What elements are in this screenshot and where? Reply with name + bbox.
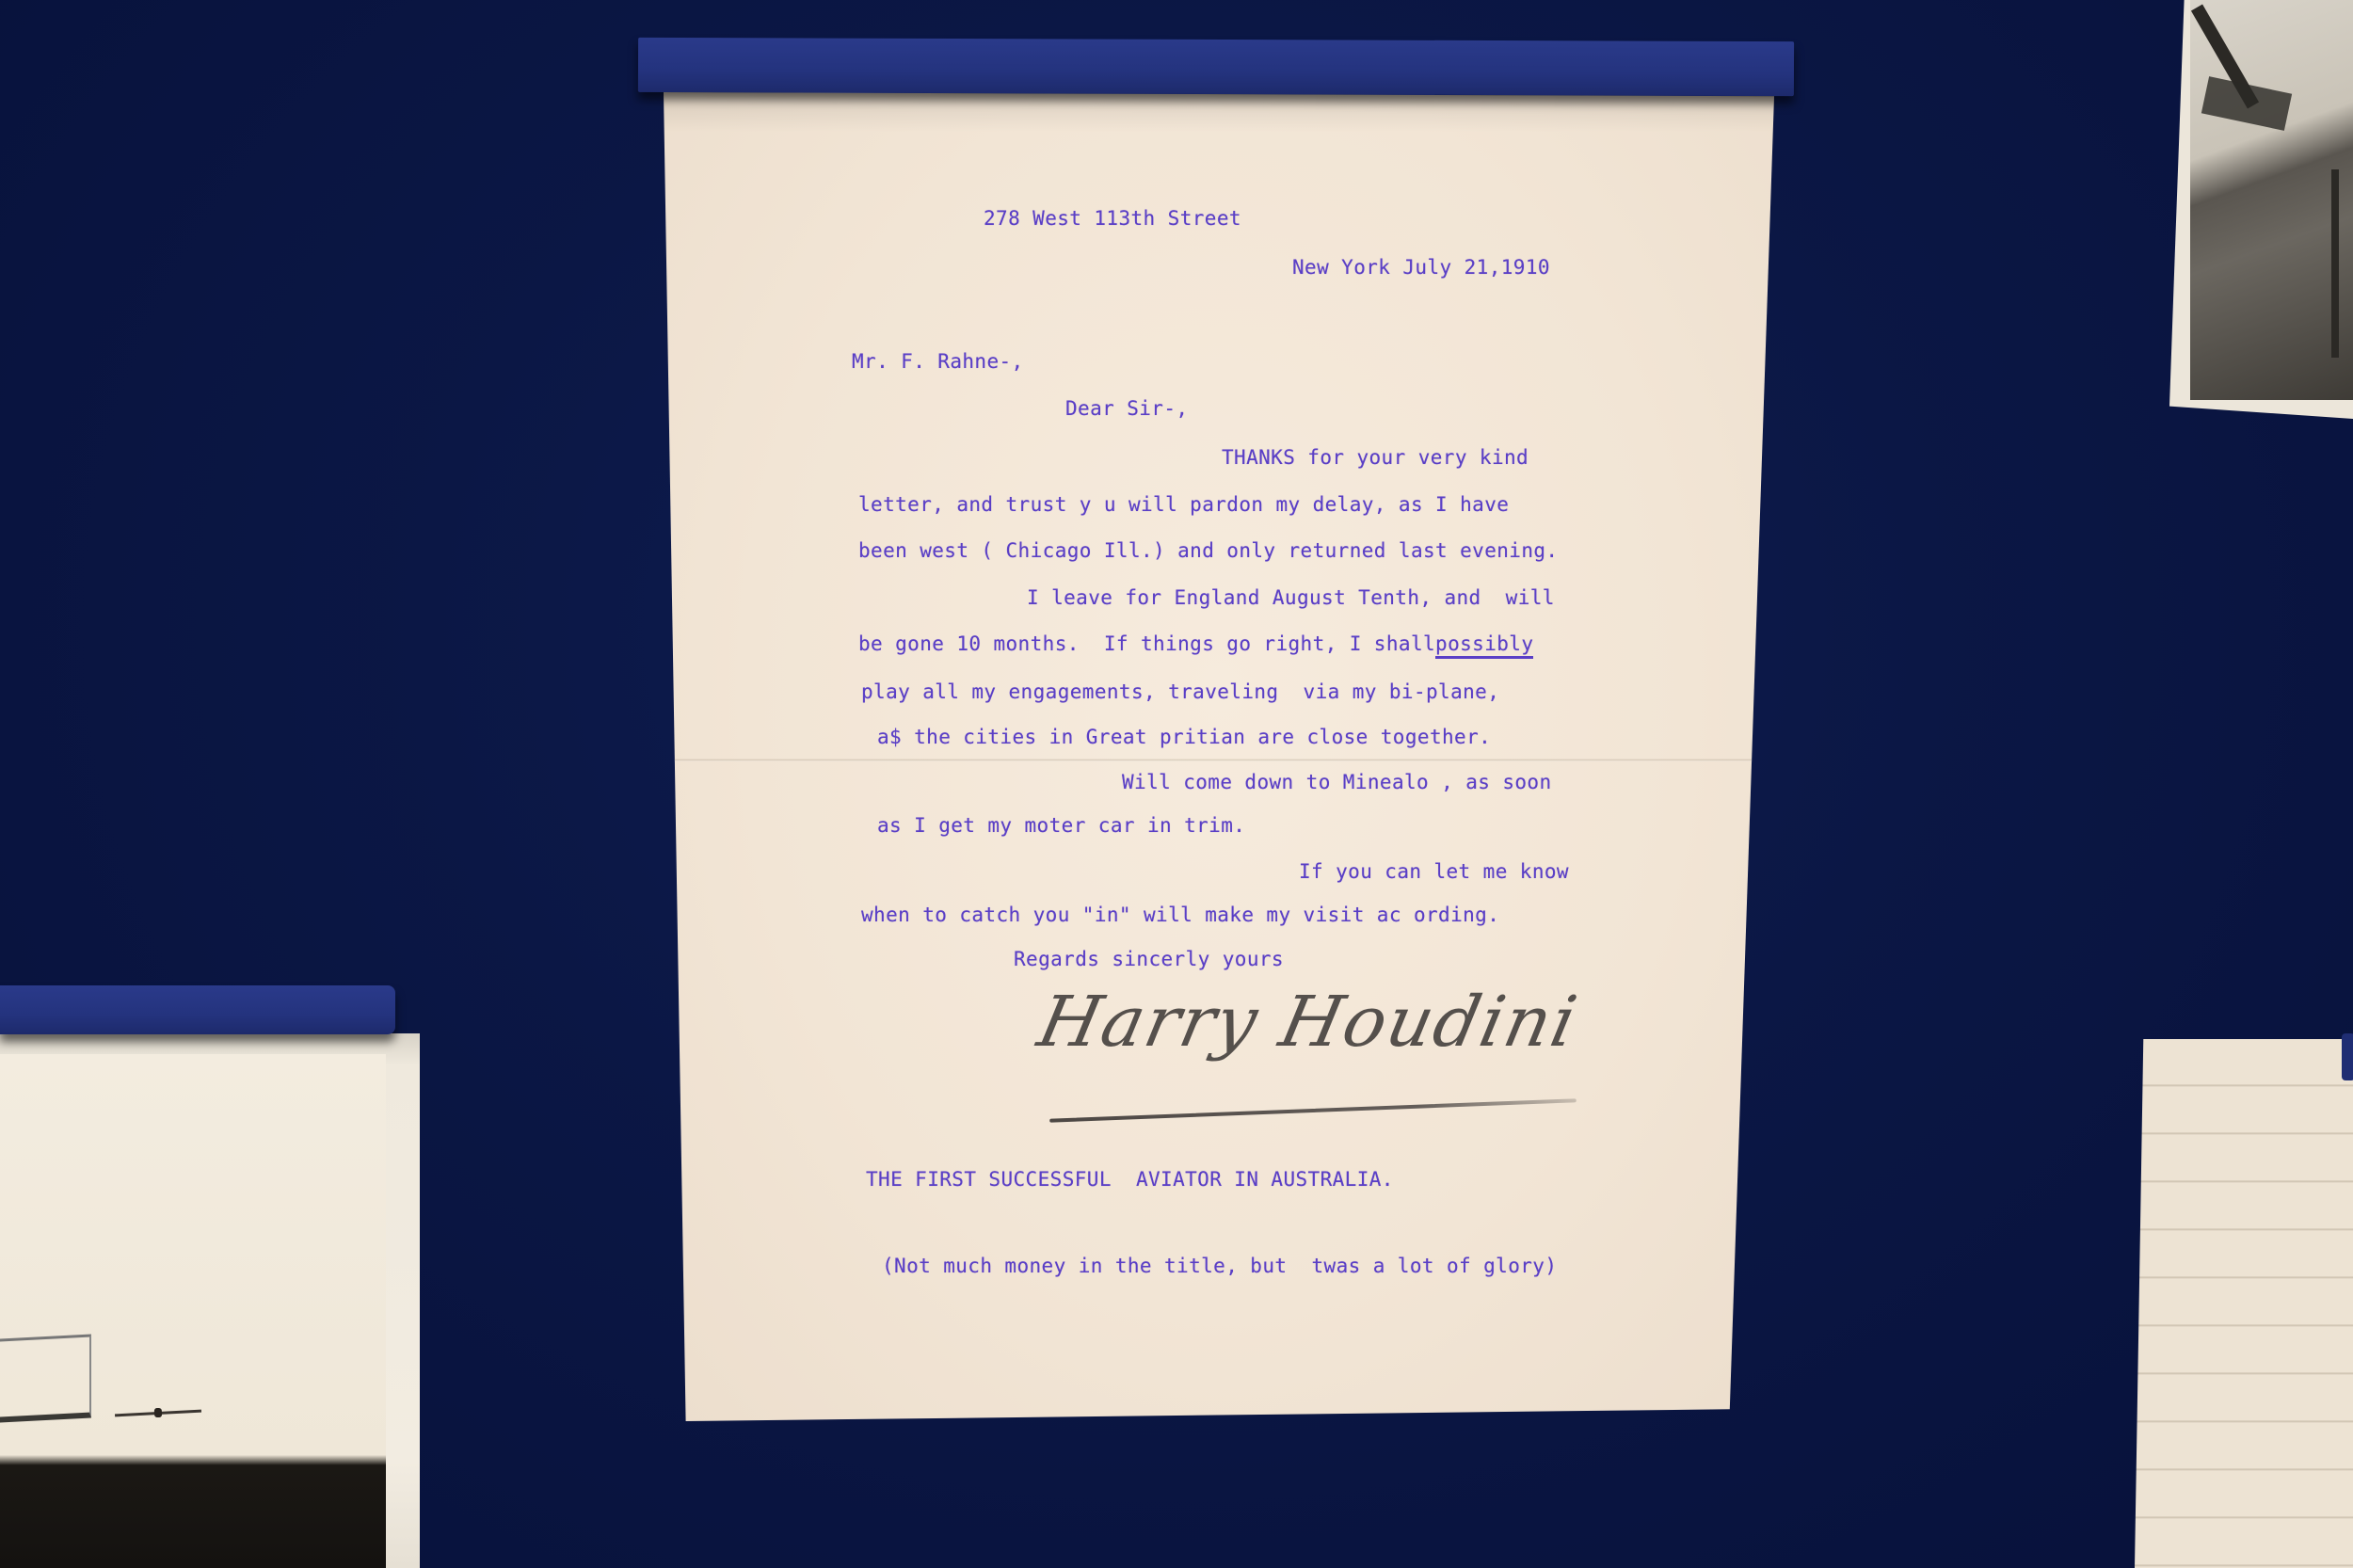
- signature-flourish: [1049, 1098, 1577, 1122]
- biplane-photo-image: [0, 1054, 386, 1568]
- monoplane-icon: [115, 1410, 201, 1417]
- body-line-11: when to catch you "in" will make my visi…: [861, 904, 1499, 926]
- body-line-5: be gone 10 months. If things go right, I…: [858, 632, 1533, 655]
- dateline: New York July 21,1910: [1292, 256, 1550, 279]
- biplane-icon: [0, 1334, 91, 1422]
- lined-paper-bottom-right: [2135, 1039, 2353, 1568]
- paper-fold-line: [664, 759, 1774, 761]
- display-board: 278 West 113th Street New York July 21,1…: [0, 0, 2353, 1568]
- handwritten-signature: Harry Houdini: [1032, 982, 1585, 1063]
- closing-line: Regards sincerly yours: [1014, 948, 1284, 970]
- aircraft-photo-top-right: [2169, 0, 2353, 419]
- houdini-letter: 278 West 113th Street New York July 21,1…: [664, 92, 1774, 1421]
- body-line-6: play all my engagements, traveling via m…: [861, 680, 1499, 703]
- propeller-blade: [2201, 76, 2292, 131]
- underlined-word: possibly: [1435, 632, 1533, 659]
- body-line-10: If you can let me know: [1299, 860, 1569, 883]
- salutation: Dear Sir-,: [1065, 397, 1188, 420]
- body-line-4: I leave for England August Tenth, and wi…: [1027, 586, 1555, 609]
- landing-gear-strut: [2331, 169, 2339, 358]
- mount-strip-left: [0, 985, 395, 1034]
- body-line-5-text: be gone 10 months. If things go right, I…: [858, 632, 1435, 655]
- body-line-8: Will come down to Minealo , as soon: [1122, 771, 1552, 793]
- aircraft-photo-image: [2190, 0, 2353, 400]
- body-line-9: as I get my moter car in trim.: [877, 814, 1245, 837]
- recipient-line: Mr. F. Rahne-,: [852, 350, 1024, 373]
- mount-strip-top: [638, 38, 1794, 96]
- biplane-photo-left: [0, 1033, 420, 1568]
- sender-address: 278 West 113th Street: [984, 207, 1241, 230]
- body-line-7: a$ the cities in Great pritian are close…: [877, 726, 1491, 748]
- body-line-2: letter, and trust y u will pardon my del…: [858, 493, 1509, 516]
- footer-note: (Not much money in the title, but twas a…: [882, 1255, 1557, 1277]
- mount-clip-right: [2342, 1033, 2353, 1080]
- body-line-1: THANKS for your very kind: [1222, 446, 1529, 469]
- footer-title: THE FIRST SUCCESSFUL AVIATOR IN AUSTRALI…: [866, 1168, 1394, 1191]
- body-line-3: been west ( Chicago Ill.) and only retur…: [858, 539, 1558, 562]
